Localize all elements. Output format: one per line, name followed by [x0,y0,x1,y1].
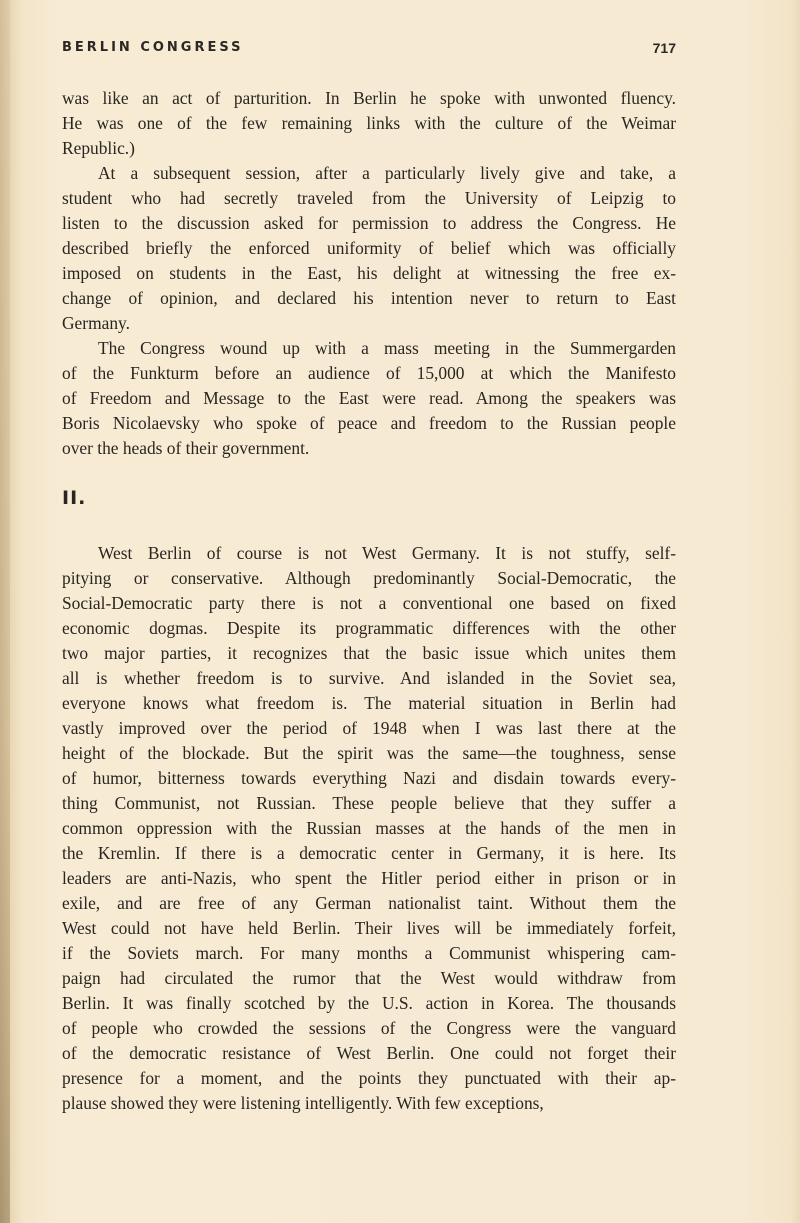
text-line: of people who crowded the sessions of th… [62,1016,676,1041]
text-line: He was one of the few remaining links wi… [62,111,676,136]
text-line: imposed on students in the East, his del… [62,261,676,286]
text-line: change of opinion, and declared his inte… [62,286,676,311]
text-line: two major parties, it recognizes that th… [62,641,676,666]
text-line: over the heads of their government. [62,436,676,461]
text-line: Republic.) [62,136,676,161]
text-line: Social-Democratic party there is not a c… [62,591,676,616]
text-line: everyone knows what freedom is. The mate… [62,691,676,716]
text-line: paign had circulated the rumor that the … [62,966,676,991]
section-heading: II. [62,483,676,513]
text-line: was like an act of parturition. In Berli… [62,86,676,111]
book-page: BERLIN CONGRESS 717 was like an act of p… [0,0,800,1223]
text-line: common oppression with the Russian masse… [62,816,676,841]
text-line: leaders are anti-Nazis, who spent the Hi… [62,866,676,891]
pre-section-text: was like an act of parturition. In Berli… [62,86,676,461]
text-line: Germany. [62,311,676,336]
text-line: pitying or conservative. Although predom… [62,566,676,591]
text-line: thing Communist, not Russian. These peop… [62,791,676,816]
running-head-title: BERLIN CONGRESS [62,40,244,55]
text-line: vastly improved over the period of 1948 … [62,716,676,741]
text-line: described briefly the enforced uniformit… [62,236,676,261]
page-gutter-shadow [0,0,10,1223]
paragraph: West Berlin of course is not West German… [62,541,676,1116]
paragraph: was like an act of parturition. In Berli… [62,86,676,161]
text-line: plause showed they were listening intell… [62,1091,676,1116]
text-line: economic dogmas. Despite its programmati… [62,616,676,641]
text-line: presence for a moment, and the points th… [62,1066,676,1091]
text-line: At a subsequent session, after a particu… [62,161,676,186]
text-line: of humor, bitterness towards everything … [62,766,676,791]
text-line: listen to the discussion asked for permi… [62,211,676,236]
text-line: Boris Nicolaevsky who spoke of peace and… [62,411,676,436]
running-head: BERLIN CONGRESS 717 [62,40,676,62]
text-line: The Congress wound up with a mass meetin… [62,336,676,361]
text-line: of Freedom and Message to the East were … [62,386,676,411]
text-line: if the Soviets march. For many months a … [62,941,676,966]
text-line: the Kremlin. If there is a democratic ce… [62,841,676,866]
page-body: was like an act of parturition. In Berli… [62,86,676,1116]
text-line: West could not have held Berlin. Their l… [62,916,676,941]
paragraph: At a subsequent session, after a particu… [62,161,676,336]
text-line: exile, and are free of any German nation… [62,891,676,916]
text-line: Berlin. It was finally scotched by the U… [62,991,676,1016]
paragraph: The Congress wound up with a mass meetin… [62,336,676,461]
section-text: West Berlin of course is not West German… [62,541,676,1116]
text-line: student who had secretly traveled from t… [62,186,676,211]
text-line: of the Funkturm before an audience of 15… [62,361,676,386]
text-line: all is whether freedom is to survive. An… [62,666,676,691]
text-line: of the democratic resistance of West Ber… [62,1041,676,1066]
text-line: West Berlin of course is not West German… [62,541,676,566]
text-line: height of the blockade. But the spirit w… [62,741,676,766]
page-number: 717 [653,40,676,56]
